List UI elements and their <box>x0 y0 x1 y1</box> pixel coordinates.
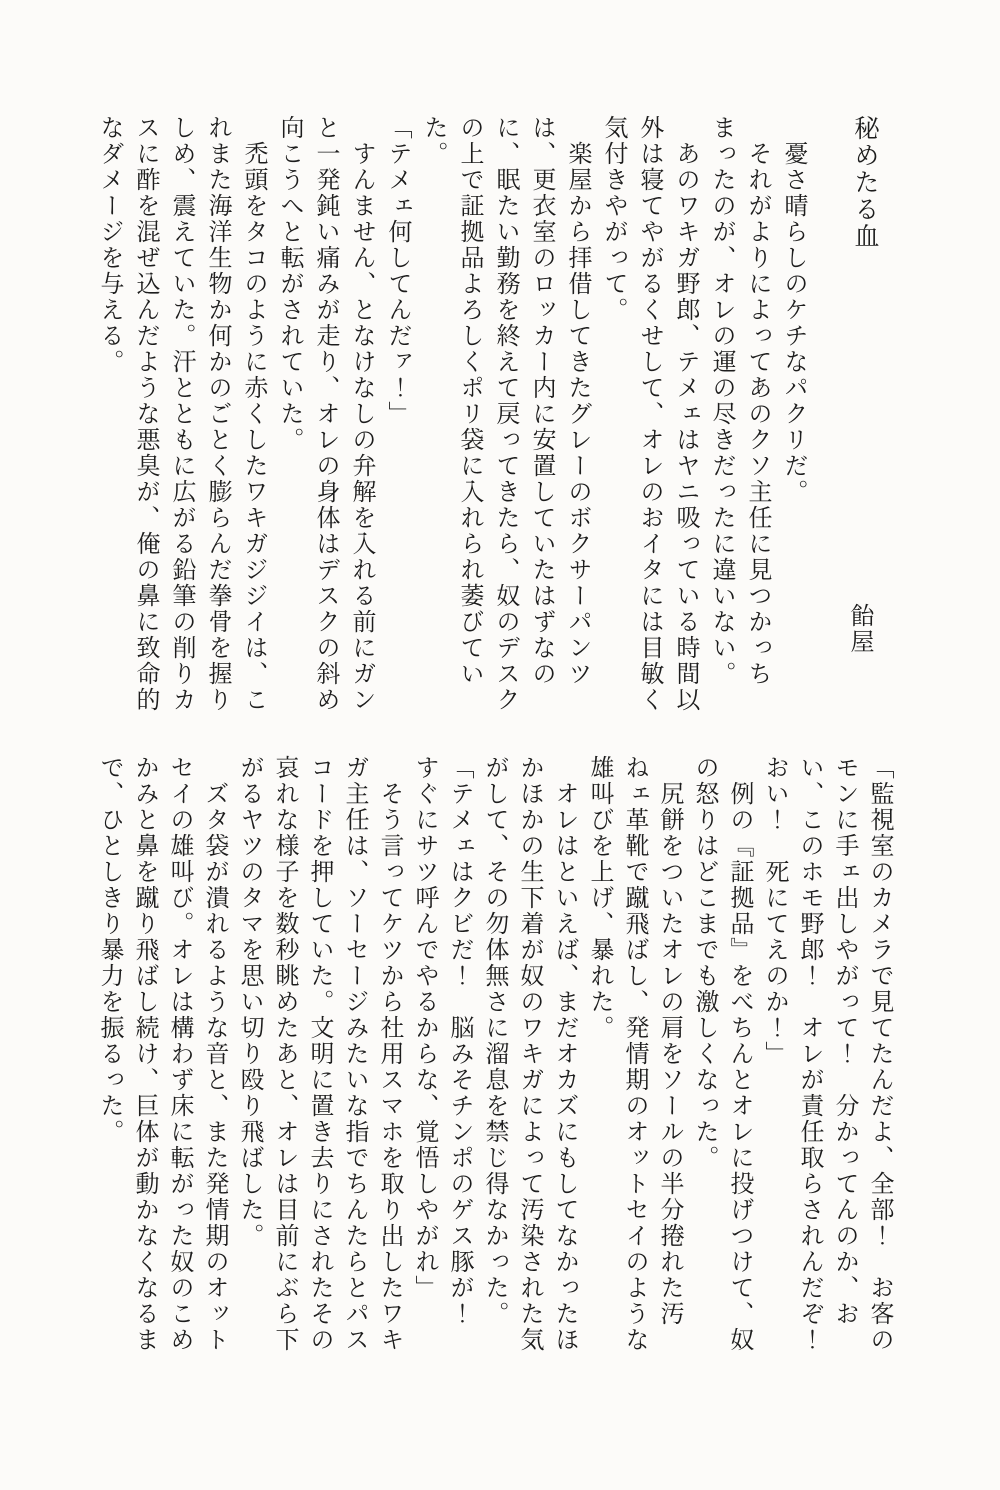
bottom-section: 「監視室のカメラで見てたんだよ、全部！ お客のモンに手ェ出しやがって！ 分かって… <box>92 755 897 1355</box>
bottom-text-block: 「監視室のカメラで見てたんだよ、全部！ お客のモンに手ェ出しやがって！ 分かって… <box>92 755 897 1355</box>
paragraph: 尻餅をついたオレの肩をソールの半分捲れた汚ねェ革靴で蹴飛ばし、発情期のオットセイ… <box>582 755 687 1355</box>
title-column: 秘めたる血 飴屋 <box>846 115 883 715</box>
paragraph: すんません、となけなしの弁解を入れる前にガンと一発鈍い痛みが走り、オレの身体はデ… <box>272 115 380 715</box>
title-body-gap <box>812 115 846 125</box>
paragraph: ズタ袋が潰れるような音と、また発情期のオットセイの雄叫び。オレは構わず床に転がっ… <box>92 755 232 1355</box>
paragraph: それがよりによってあのクソ主任に見つかっちまったのが、オレの運の尽きだったに違い… <box>704 115 776 715</box>
paragraph: あのワキガ野郎、テメェはヤニ吸っている時間以外は寝てやがるくせして、オレのおイタ… <box>596 115 704 715</box>
paragraph: オレはといえば、まだオカズにもしてなかったほかほかの生下着が奴のワキガによって汚… <box>477 755 582 1355</box>
top-text-block: 憂さ晴らしのケチなパクリだ。それがよりによってあのクソ主任に見つかっちまったのが… <box>92 115 812 715</box>
paragraph: そう言ってケツから社用スマホを取り出したワキガ主任は、ソーセージみたいな指でちん… <box>232 755 407 1355</box>
top-section: 秘めたる血 飴屋 憂さ晴らしのケチなパクリだ。それがよりによってあのクソ主任に見… <box>92 115 883 715</box>
author-name: 飴屋 <box>843 603 878 655</box>
paragraph: 「テメェ何してんだァ！」 <box>380 115 416 715</box>
paragraph: 憂さ晴らしのケチなパクリだ。 <box>776 115 812 715</box>
paragraph: 「テメェはクビだ！ 脳みそチンポのゲス豚が！ すぐにサツ呼んでやるからな、覚悟し… <box>407 755 477 1355</box>
paragraph: 「監視室のカメラで見てたんだよ、全部！ お客のモンに手ェ出しやがって！ 分かって… <box>757 755 897 1355</box>
paragraph: 禿頭をタコのように赤くしたワキガジジイは、これまた海洋生物か何かのごとく膨らんだ… <box>92 115 272 715</box>
document-page: 秘めたる血 飴屋 憂さ晴らしのケチなパクリだ。それがよりによってあのクソ主任に見… <box>0 0 1000 1490</box>
paragraph: 楽屋から拝借してきたグレーのボクサーパンツは、更衣室のロッカー内に安置していたは… <box>416 115 596 715</box>
paragraph: 例の『証拠品』をべちんとオレに投げつけて、奴の怒りはどこまでも激しくなった。 <box>687 755 757 1355</box>
